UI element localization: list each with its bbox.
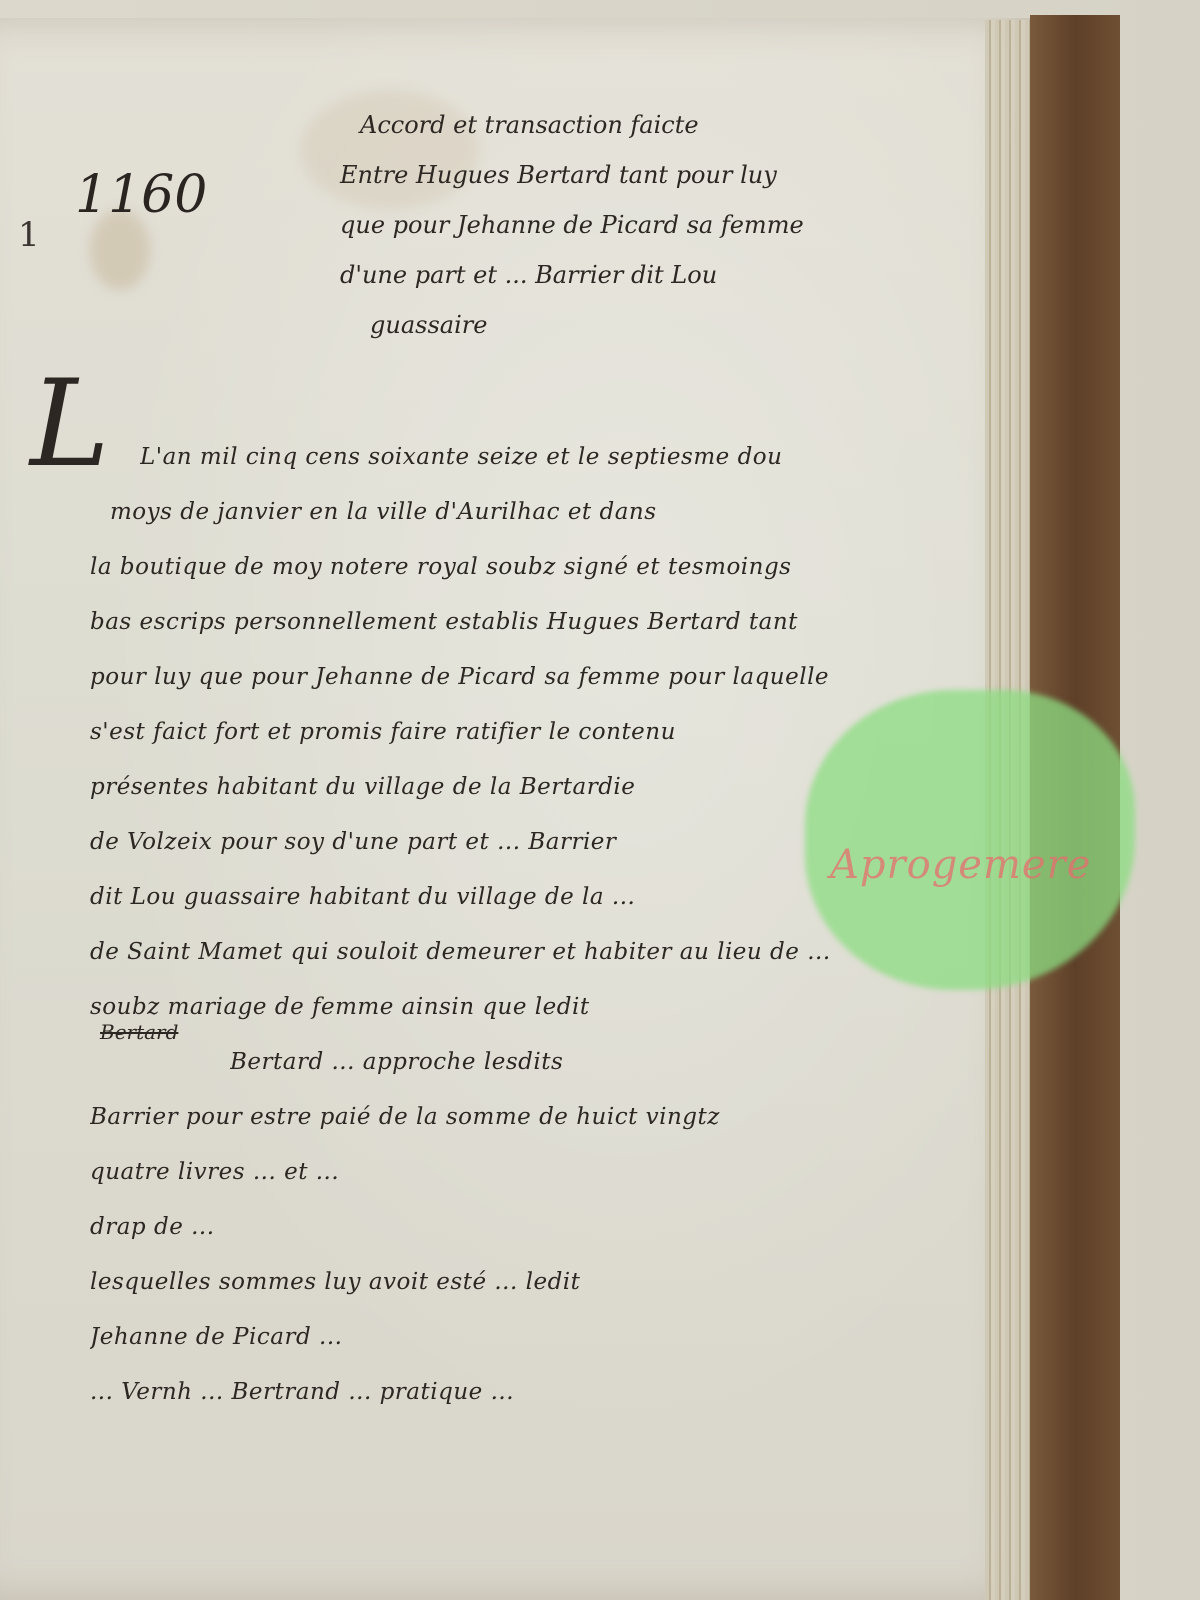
margin-note: Bertard — [100, 1020, 178, 1044]
body-line: la boutique de moy notere royal soubz si… — [90, 540, 930, 595]
green-stain — [805, 690, 1135, 990]
body-line: L'an mil cinq cens soixante seize et le … — [140, 430, 930, 485]
folio-number: 1160 — [75, 165, 207, 225]
body-line: de Saint Mamet qui souloit demeurer et h… — [90, 925, 930, 980]
body-line: soubz mariage de femme ainsin que ledit — [90, 980, 930, 1035]
body-line: pour luy que pour Jehanne de Picard sa f… — [90, 650, 930, 705]
body-line: lesquelles sommes luy avoit esté ... led… — [90, 1255, 930, 1310]
manuscript-photo: 1 1160 Accord et transaction faicte Entr… — [0, 0, 1200, 1600]
heading-line: Entre Hugues Bertard tant pour luy — [340, 150, 960, 200]
body-line: Bertard ... approche lesdits — [230, 1035, 930, 1090]
watermark: Aprogemere — [830, 842, 1091, 888]
body-line: dit Lou guassaire habitant du village de… — [90, 870, 930, 925]
body-line: quatre livres ... et ... — [90, 1145, 930, 1200]
heading-line: Accord et transaction faicte — [360, 100, 960, 150]
body-line: Jehanne de Picard ... — [90, 1310, 930, 1365]
body-line: drap de ... — [90, 1200, 930, 1255]
body-line: s'est faict fort et promis faire ratifie… — [90, 705, 930, 760]
heading-line: guassaire — [370, 300, 960, 350]
heading-line: d'une part et ... Barrier dit Lou — [340, 250, 960, 300]
body-line: ... Vernh ... Bertrand ... pratique ... — [90, 1365, 930, 1420]
margin-mark: 1 — [18, 215, 40, 255]
document-body: L'an mil cinq cens soixante seize et le … — [90, 430, 930, 1420]
body-line: bas escrips personnellement establis Hug… — [90, 595, 930, 650]
document-heading: Accord et transaction faicte Entre Hugue… — [360, 100, 960, 350]
body-line: Barrier pour estre paié de la somme de h… — [90, 1090, 930, 1145]
body-line: moys de janvier en la ville d'Aurilhac e… — [110, 485, 930, 540]
body-line: présentes habitant du village de la Bert… — [90, 760, 930, 815]
body-line: de Volzeix pour soy d'une part et ... Ba… — [90, 815, 930, 870]
heading-line: que pour Jehanne de Picard sa femme — [340, 200, 960, 250]
